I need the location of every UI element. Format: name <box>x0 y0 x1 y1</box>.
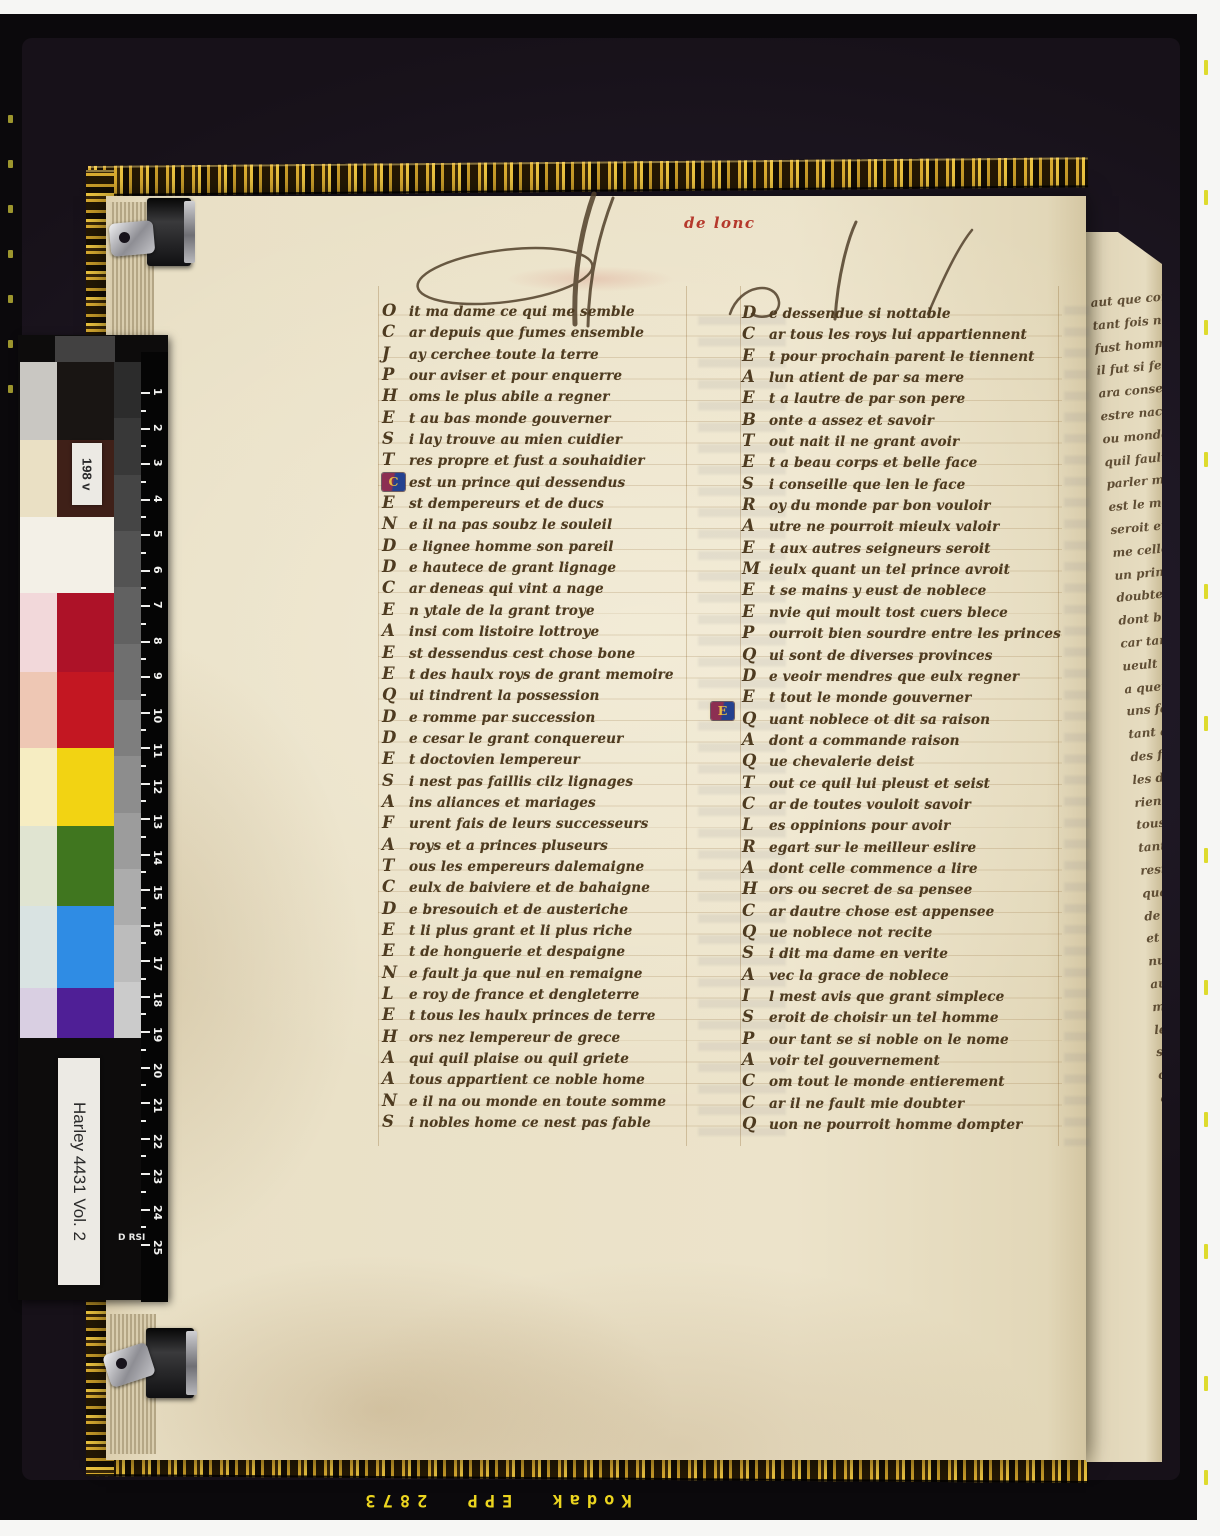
line-text: ar deneas qui vint a nage <box>409 581 604 597</box>
line-initial: Q <box>742 921 769 942</box>
manuscript-line: Que noblece not recite <box>742 921 1062 942</box>
ruler-minor-tick <box>141 623 146 625</box>
ruler-minor-tick <box>141 1049 146 1051</box>
ruler-minor-tick <box>141 907 146 909</box>
manuscript-line: Est dempereurs et de ducs <box>382 492 702 513</box>
line-text: ar depuis que fumes ensemble <box>409 325 644 341</box>
line-initial: C <box>742 1070 769 1091</box>
line-text: utre ne pourroit mieulx valoir <box>769 519 999 535</box>
line-text: vec la grace de noblece <box>769 968 949 984</box>
line-text: e il na pas soubz le souleil <box>409 517 612 533</box>
manuscript-line: Et a lautre de par son pere <box>742 387 1062 408</box>
left-text-column: Oit ma dame ce qui me sembleCar depuis q… <box>382 300 702 1132</box>
color-patch-row <box>20 988 114 1038</box>
line-text: i nobles home ce nest pas fable <box>409 1115 651 1131</box>
line-text: t a beau corps et belle face <box>769 455 977 471</box>
manuscript-line: Avec la grace de noblece <box>742 964 1062 985</box>
manuscript-line: Ains aliances et mariages <box>382 791 702 812</box>
film-edge-dash <box>1204 452 1208 467</box>
manuscript-line: Il mest avis que grant simplece <box>742 985 1062 1006</box>
line-initial: S <box>382 1111 409 1132</box>
ruler-minor-tick <box>141 1013 146 1015</box>
line-initial: A <box>742 515 769 536</box>
line-initial: A <box>742 857 769 878</box>
line-initial: R <box>742 494 769 515</box>
line-text: ins aliances et mariages <box>409 795 596 811</box>
line-initial: E <box>382 599 409 620</box>
line-text: e fault ja que nul en remaigne <box>409 966 642 982</box>
line-initial: S <box>742 1006 769 1027</box>
manuscript-line: Hors nez lempereur de grece <box>382 1026 702 1047</box>
ruler-minor-tick <box>141 800 146 802</box>
photograph-of-manuscript: { "frame": { "film_caption": "Kodak EPP … <box>0 0 1220 1536</box>
line-initial: T <box>382 855 409 876</box>
ruler-number: 15 <box>151 885 164 900</box>
manuscript-line: Pour aviser et pour enquerre <box>382 364 702 385</box>
film-edge-dash <box>1204 980 1208 995</box>
grayscale-step <box>114 531 141 587</box>
manuscript-line: Ainsi com listoire lottroye <box>382 620 702 641</box>
film-edge-mark <box>8 385 13 393</box>
manuscript-line: Que chevalerie deist <box>742 750 1062 771</box>
manuscript-line: Alun atient de par sa mere <box>742 366 1062 387</box>
color-patch-row <box>20 748 114 826</box>
line-text: i lay trouve au mien cuidier <box>409 432 622 448</box>
grayscale-step <box>114 475 141 531</box>
film-edge-mark <box>8 115 13 123</box>
manuscript-line: Bonte a assez et savoir <box>742 409 1062 430</box>
manuscript-line: Car tous les roys lui appartiennent <box>742 323 1062 344</box>
line-initial: O <box>382 300 409 321</box>
line-initial: C <box>742 900 769 921</box>
ruler-tick <box>141 534 150 536</box>
line-initial: C <box>382 876 409 897</box>
color-patch-tint <box>20 748 57 826</box>
line-initial: Q <box>742 644 769 665</box>
manuscript-line: Furent fais de leurs successeurs <box>382 812 702 833</box>
color-patch <box>57 988 114 1038</box>
ruler-minor-tick <box>141 1155 146 1157</box>
ruler-tick <box>141 747 150 749</box>
line-text: out nait il ne grant avoir <box>769 434 959 450</box>
ruler-tick <box>141 783 150 785</box>
line-initial: Q <box>742 750 769 771</box>
manuscript-line: Tout ce quil lui pleust et seist <box>742 772 1062 793</box>
manuscript-line: De romme par succession <box>382 706 702 727</box>
line-text: t pour prochain parent le tiennent <box>769 349 1034 365</box>
manuscript-line: Et se mains y eust de noblece <box>742 579 1062 600</box>
color-patch-row <box>20 362 114 440</box>
ruler-tick <box>141 712 150 714</box>
line-text: oms le plus abile a regner <box>409 389 610 405</box>
manuscript-line: Car depuis que fumes ensemble <box>382 321 702 342</box>
line-text: ui tindrent la possession <box>409 688 599 704</box>
ruler-number: 21 <box>151 1098 164 1113</box>
line-initial: N <box>382 513 409 534</box>
page-clip-top-shine <box>184 201 195 263</box>
line-initial: H <box>382 385 409 406</box>
film-edge-dash <box>1204 320 1208 335</box>
manuscript-line: Homs le plus abile a regner <box>382 385 702 406</box>
line-text: l mest avis que grant simplece <box>769 989 1004 1005</box>
line-text: urent fais de leurs successeurs <box>409 816 648 832</box>
line-text: res propre et fust a souhaidier <box>409 453 645 469</box>
manuscript-line: Si dit ma dame en verite <box>742 942 1062 963</box>
manuscript-line: Qui tindrent la possession <box>382 684 702 705</box>
line-initial: D <box>382 898 409 919</box>
line-text: i dit ma dame en verite <box>769 946 948 962</box>
line-text: t aux autres seigneurs seroit <box>769 541 991 557</box>
film-edge-dash <box>1204 1112 1208 1127</box>
line-initial: E <box>382 663 409 684</box>
manuscript-line: Mieulx quant un tel prince avroit <box>742 558 1062 579</box>
color-patch-row <box>20 906 114 988</box>
line-text: e romme par succession <box>409 710 595 726</box>
film-edge-dash <box>1204 716 1208 731</box>
grayscale-step <box>114 700 141 756</box>
line-text: ors nez lempereur de grece <box>409 1030 620 1046</box>
line-text: dont celle commence a lire <box>769 861 978 877</box>
line-initial: A <box>742 729 769 750</box>
manuscript-line: Autre ne pourroit mieulx valoir <box>742 515 1062 536</box>
ruler-tick <box>141 605 150 607</box>
line-initial: D <box>382 556 409 577</box>
manuscript-line: Avoir tel gouvernement <box>742 1049 1062 1070</box>
film-edge-dash <box>1204 584 1208 599</box>
ruler-minor-tick <box>141 587 146 589</box>
shelfmark-label-text: Harley 4431 Vol. 2 <box>69 1102 89 1241</box>
manuscript-line: Com tout le monde entierement <box>742 1070 1062 1091</box>
line-initial: T <box>382 449 409 470</box>
manuscript-line: Envie qui moult tost cuers blece <box>742 601 1062 622</box>
line-initial: H <box>382 1026 409 1047</box>
color-patch-tint <box>20 988 57 1038</box>
color-patch-tint <box>20 672 57 748</box>
ruler-number: 24 <box>151 1205 164 1220</box>
line-initial: C <box>382 577 409 598</box>
line-initial: D <box>742 302 769 323</box>
line-initial: D <box>382 706 409 727</box>
ruler-tick <box>141 1031 150 1033</box>
line-text: i nest pas faillis cilz lignages <box>409 774 633 790</box>
manuscript-line: Aroys et a princes pluseurs <box>382 834 702 855</box>
ruler-tick <box>141 996 150 998</box>
ruler-tick <box>141 1244 150 1246</box>
page-clip-top-hole <box>119 232 130 243</box>
line-initial: E <box>382 748 409 769</box>
manuscript-line: De lignee homme son pareil <box>382 535 702 556</box>
ruler-number: 14 <box>151 850 164 865</box>
manuscript-line: De cesar le grant conquereur <box>382 727 702 748</box>
ruler-tick <box>141 1138 150 1140</box>
color-patch-tint <box>20 906 57 988</box>
line-text: oy du monde par bon vouloir <box>769 498 991 514</box>
manuscript-line: Si nest pas faillis cilz lignages <box>382 770 702 791</box>
manuscript-line: Et pour prochain parent le tiennent <box>742 345 1062 366</box>
grayscale-step <box>114 587 141 643</box>
line-initial: C <box>382 321 409 342</box>
line-text: ourroit bien sourdre entre les princes <box>769 626 1061 642</box>
manuscript-line: Et li plus grant et li plus riche <box>382 919 702 940</box>
line-text: egart sur le meilleur eslire <box>769 840 976 856</box>
line-initial: T <box>742 772 769 793</box>
line-initial: Q <box>382 684 409 705</box>
line-initial: C <box>742 1092 769 1113</box>
manuscript-line: Ceulx de baiviere et de bahaigne <box>382 876 702 897</box>
line-initial: E <box>742 601 769 622</box>
line-text: uant noblece ot dit sa raison <box>769 712 990 728</box>
page-clip-top-handle <box>109 220 156 257</box>
manuscript-line: Et de honguerie et despaigne <box>382 940 702 961</box>
ruler-number: 2 <box>151 424 164 432</box>
line-initial: L <box>742 814 769 835</box>
ruler-minor-tick <box>141 978 146 980</box>
color-patch <box>57 362 114 440</box>
ruler-number: 23 <box>151 1169 164 1184</box>
grayscale-step <box>114 644 141 700</box>
line-text: e veoir mendres que eulx regner <box>769 669 1019 685</box>
ruler-number: 5 <box>151 530 164 538</box>
line-text: tous appartient ce noble home <box>409 1072 645 1088</box>
ruler-number: 1 <box>151 388 164 396</box>
line-text: t de honguerie et despaigne <box>409 944 625 960</box>
line-text: our aviser et pour enquerre <box>409 368 622 384</box>
manuscript-line: De dessendue si nottable <box>742 302 1062 323</box>
manuscript-line: Car dautre chose est appensee <box>742 900 1062 921</box>
line-initial: A <box>742 366 769 387</box>
ruler-tick <box>141 960 150 962</box>
line-initial: E <box>742 686 769 707</box>
line-text: ous les empereurs dalemaigne <box>409 859 644 875</box>
manuscript-line: Regart sur le meilleur eslire <box>742 836 1062 857</box>
manuscript-line: Et au bas monde gouverner <box>382 407 702 428</box>
color-patch-tint <box>20 593 57 672</box>
ruler-number: 19 <box>151 1027 164 1042</box>
line-initial: D <box>742 665 769 686</box>
manuscript-line: Et tous les haulx princes de terre <box>382 1004 702 1025</box>
line-initial: S <box>742 473 769 494</box>
manuscript-line: En ytale de la grant troye <box>382 599 702 620</box>
page-clip-bottom-shine <box>186 1331 197 1395</box>
ruler-minor-tick <box>141 481 146 483</box>
color-patch-row <box>20 826 114 906</box>
ruler-tick <box>141 889 150 891</box>
manuscript-line: Quant noblece ot dit sa raison <box>742 708 1062 729</box>
color-patch-row <box>20 517 114 593</box>
color-patch <box>57 748 114 826</box>
color-patch <box>57 826 114 906</box>
line-initial: A <box>382 620 409 641</box>
manuscript-line: Adont a commande raison <box>742 729 1062 750</box>
illuminated-initial: C <box>382 473 405 491</box>
ruler-number: 17 <box>151 956 164 971</box>
line-initial: Q <box>742 1113 769 1134</box>
line-initial: E <box>382 940 409 961</box>
ruler-number: 3 <box>151 459 164 467</box>
manuscript-line: Ne il na pas soubz le souleil <box>382 513 702 534</box>
line-text: t a lautre de par son pere <box>769 391 965 407</box>
film-edge-dash <box>1204 848 1208 863</box>
ruler-number: 25 <box>151 1240 164 1255</box>
ruler-tick <box>141 463 150 465</box>
film-edge-dash <box>1204 1376 1208 1391</box>
line-text: roys et a princes pluseurs <box>409 838 608 854</box>
line-initial: C <box>742 323 769 344</box>
manuscript-line: Jay cerchee toute la terre <box>382 343 702 364</box>
manuscript-line: Pourroit bien sourdre entre les princes <box>742 622 1062 643</box>
line-text: ar il ne fault mie doubter <box>769 1096 964 1112</box>
line-text: voir tel gouvernement <box>769 1053 940 1069</box>
line-text: it ma dame ce qui me semble <box>409 304 635 320</box>
line-initial: E <box>382 492 409 513</box>
ruler-number: 12 <box>151 779 164 794</box>
ruler-tick <box>141 392 150 394</box>
ruler-minor-tick <box>141 1120 146 1122</box>
line-text: t se mains y eust de noblece <box>769 583 986 599</box>
line-initial: E <box>382 919 409 940</box>
manuscript-line: Si nobles home ce nest pas fable <box>382 1111 702 1132</box>
ruler-minor-tick <box>141 516 146 518</box>
film-edge-mark <box>8 340 13 348</box>
color-patch-row <box>20 593 114 672</box>
manuscript-line: Les oppinions pour avoir <box>742 814 1062 835</box>
illuminated-initial-margin: E <box>711 702 734 720</box>
line-text: t tous les haulx princes de terre <box>409 1008 656 1024</box>
color-patch-tint <box>20 826 57 906</box>
ruler-minor-tick <box>141 765 146 767</box>
next-page-text: aut que comment quetant fois ne rebellif… <box>1090 284 1162 1205</box>
ruler-number: 9 <box>151 672 164 680</box>
manuscript-line: Oit ma dame ce qui me semble <box>382 300 702 321</box>
film-edge-dash <box>1204 1244 1208 1259</box>
ruler-minor-tick <box>141 1226 146 1228</box>
ruler-minor-tick <box>141 445 146 447</box>
line-text: e il na ou monde en toute somme <box>409 1094 666 1110</box>
line-text: ors ou secret de sa pensee <box>769 882 972 898</box>
line-text: dont a commande raison <box>769 733 960 749</box>
line-initial: E <box>382 642 409 663</box>
line-text: ue chevalerie deist <box>769 754 914 770</box>
line-text: t au bas monde gouverner <box>409 411 611 427</box>
line-text: lun atient de par sa mere <box>769 370 964 386</box>
line-initial: E <box>742 387 769 408</box>
ruler-number: 13 <box>151 814 164 829</box>
line-initial: I <box>742 985 769 1006</box>
manuscript-line: Ne il na ou monde en toute somme <box>382 1090 702 1111</box>
line-text: e dessendue si nottable <box>769 306 951 322</box>
line-text: t tout le monde gouverner <box>769 690 971 706</box>
color-patch-tint <box>20 517 57 593</box>
manuscript-line: Le roy de france et dengleterre <box>382 983 702 1004</box>
manuscript-line: Tres propre et fust a souhaidier <box>382 449 702 470</box>
right-text-column: De dessendue si nottableCar tous les roy… <box>742 302 1062 1134</box>
grayscale-step <box>114 925 141 981</box>
show-through-ghost <box>1064 306 1090 1146</box>
ruler-number: 16 <box>151 921 164 936</box>
line-text: t des haulx roys de grant memoire <box>409 667 674 683</box>
manuscript-line: Aqui quil plaise ou quil griete <box>382 1047 702 1068</box>
line-initial: S <box>742 942 769 963</box>
line-initial: P <box>742 1028 769 1049</box>
line-initial: S <box>382 770 409 791</box>
ruler-number: 20 <box>151 1063 164 1078</box>
ruler-number: 22 <box>151 1134 164 1149</box>
manuscript-line: Quon ne pourroit homme dompter <box>742 1113 1062 1134</box>
line-text: ar dautre chose est appensee <box>769 904 994 920</box>
ruler-number: 4 <box>151 495 164 503</box>
ruler-tick <box>141 641 150 643</box>
grayscale-step <box>114 869 141 925</box>
line-text: e hautece de grant lignage <box>409 560 616 576</box>
line-text: ieulx quant un tel prince avroit <box>769 562 1010 578</box>
manuscript-line: De bresouich et de austeriche <box>382 898 702 919</box>
manuscript-line: Tous les empereurs dalemaigne <box>382 855 702 876</box>
line-text: insi com listoire lottroye <box>409 624 599 640</box>
ruler-tick <box>141 854 150 856</box>
next-page-edge: aut que comment quetant fois ne rebellif… <box>1086 232 1162 1462</box>
line-text: t li plus grant et li plus riche <box>409 923 632 939</box>
ruler-minor-tick <box>141 942 146 944</box>
ruling-line <box>378 286 379 1146</box>
ruler-tick <box>141 1067 150 1069</box>
manuscript-line: Et doctovien lempereur <box>382 748 702 769</box>
color-patch-tint <box>20 440 57 517</box>
line-initial: Q <box>742 708 769 729</box>
manuscript-line: Cest un prince qui dessendus <box>382 471 702 492</box>
line-initial: E <box>382 407 409 428</box>
line-text: e roy de france et dengleterre <box>409 987 639 1003</box>
line-text: e bresouich et de austeriche <box>409 902 628 918</box>
line-initial: P <box>742 622 769 643</box>
grayscale-step <box>114 362 141 418</box>
ruler-tick <box>141 499 150 501</box>
ruler-number: 8 <box>151 637 164 645</box>
line-initial: E <box>382 1004 409 1025</box>
grayscale-step <box>114 418 141 474</box>
line-text: uon ne pourroit homme dompter <box>769 1117 1022 1133</box>
line-initial: S <box>382 428 409 449</box>
ruler-minor-tick <box>141 871 146 873</box>
line-initial: L <box>382 983 409 1004</box>
line-initial: D <box>382 535 409 556</box>
ruler-minor-tick <box>141 694 146 696</box>
ruler-number: 10 <box>151 708 164 723</box>
ruler-number: 7 <box>151 601 164 609</box>
grayscale-step <box>114 813 141 869</box>
line-initial: A <box>742 964 769 985</box>
manuscript-line: Roy du monde par bon vouloir <box>742 494 1062 515</box>
color-patch-tint <box>20 362 57 440</box>
line-text: om tout le monde entierement <box>769 1074 1005 1090</box>
manuscript-line: Adont celle commence a lire <box>742 857 1062 878</box>
page-clip-bottom-hole <box>116 1358 127 1369</box>
line-text: n ytale de la grant troye <box>409 603 595 619</box>
film-edge-mark <box>8 160 13 168</box>
grayscale-step <box>114 982 141 1038</box>
line-text: ui sont de diverses provinces <box>769 648 993 664</box>
ruler-minor-tick <box>141 552 146 554</box>
film-edge-dash <box>1204 190 1208 205</box>
manuscript-line: Et aux autres seigneurs seroit <box>742 537 1062 558</box>
ruler-number: 6 <box>151 566 164 574</box>
line-initial: B <box>742 409 769 430</box>
ruler-number: 18 <box>151 992 164 1007</box>
line-initial: A <box>382 834 409 855</box>
ruler-scale: 1234567891011121314151617181920212223242… <box>141 352 168 1302</box>
line-text: ar de toutes vouloit savoir <box>769 797 971 813</box>
manuscript-line: Si lay trouve au mien cuidier <box>382 428 702 449</box>
ruler-footer: D RSI <box>118 1233 145 1243</box>
